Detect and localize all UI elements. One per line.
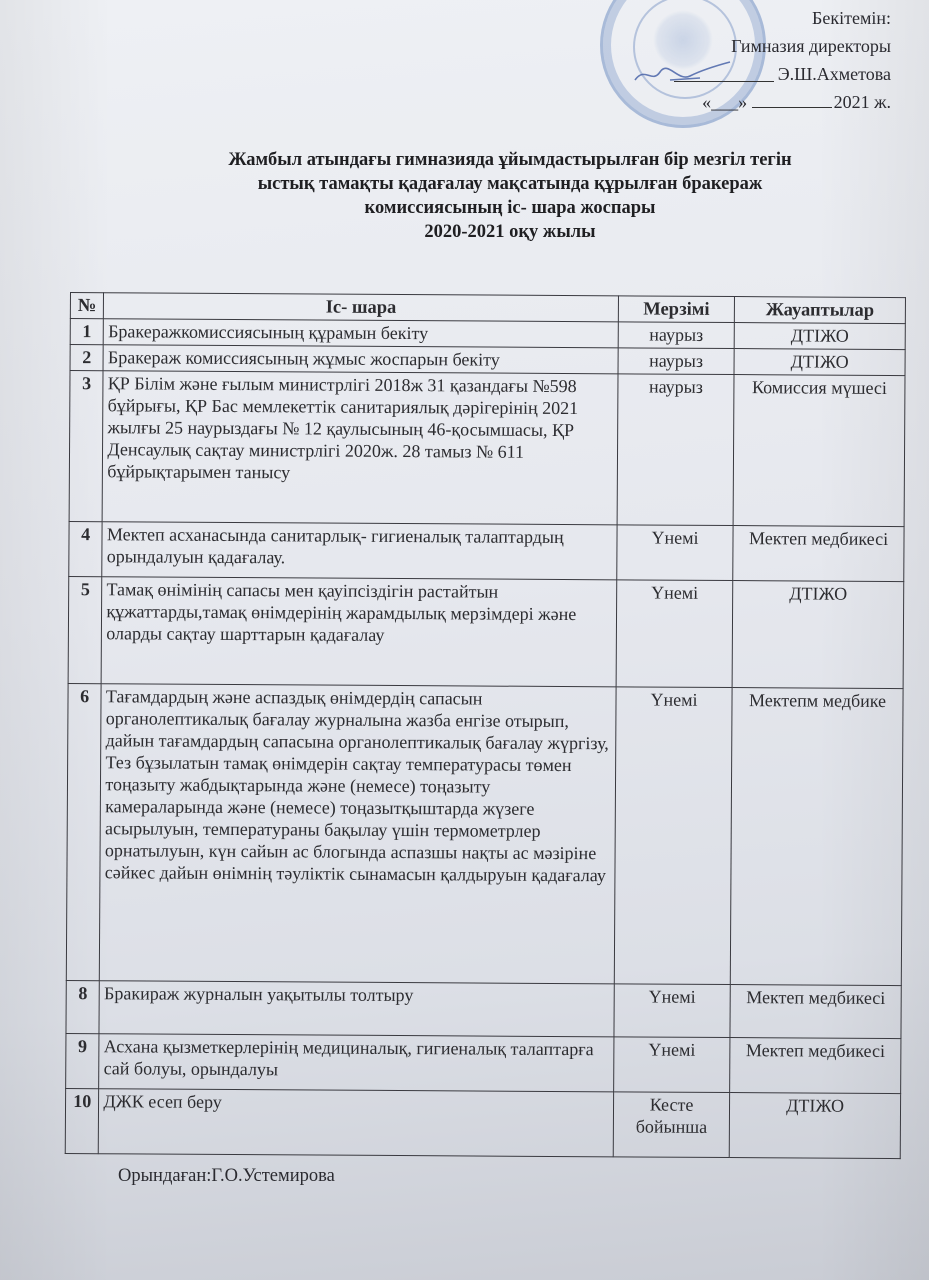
row-term: Үнемі — [617, 525, 734, 581]
title-line-4: 2020-2021 оқу жылы — [120, 220, 900, 244]
row-term: наурыз — [618, 348, 734, 375]
table-row: 9 Асхана қызметкерлерінің медициналық, г… — [66, 1033, 901, 1093]
row-responsible: Мектеп медбикесі — [730, 1038, 901, 1094]
table-row: 5 Тамақ өнімінің сапасы мен қауіпсіздігі… — [68, 576, 904, 688]
table-row: 10 ДЖК есеп беру Кесте бойынша ДТІЖО — [65, 1088, 900, 1158]
row-term: Үнемі — [614, 687, 732, 985]
row-num: 8 — [66, 980, 100, 1033]
header-responsible: Жауаптылар — [734, 297, 905, 324]
row-activity: Тамақ өнімінің сапасы мен қауіпсіздігін … — [101, 577, 616, 687]
row-activity: ДЖК есеп беру — [99, 1089, 614, 1157]
row-responsible: ДТІЖО — [729, 1093, 900, 1159]
title-line-2: ыстық тамақты қадағалау мақсатында құрыл… — [120, 172, 900, 196]
row-num: 5 — [68, 576, 102, 683]
document-title: Жамбыл атындағы гимназияда ұйымдастырылғ… — [120, 148, 900, 244]
approval-date-blank — [752, 107, 832, 108]
row-responsible: ДТІЖО — [734, 323, 905, 350]
table-row: 4 Мектеп асханасында санитарлық- гигиена… — [69, 521, 904, 581]
row-term: Үнемі — [614, 984, 731, 1038]
activity-plan-table: № Іс- шара Мерзімі Жауаптылар 1 Бракераж… — [65, 292, 906, 1159]
row-activity: Бракераж комиссиясының жұмыс жоспарын бе… — [103, 345, 618, 374]
approval-position: Гимназия директоры — [674, 32, 891, 60]
row-num: 2 — [70, 345, 104, 371]
row-num: 3 — [69, 371, 103, 522]
row-term: Кесте бойынша — [613, 1092, 730, 1158]
approval-name: Э.Ш.Ахметова — [778, 64, 891, 84]
row-num: 6 — [66, 683, 101, 980]
row-responsible: ДТІЖО — [732, 581, 904, 689]
row-num: 1 — [70, 319, 104, 345]
row-activity: Тағамдардың және аспаздық өнімдердің сап… — [100, 684, 616, 984]
signature-rule — [674, 81, 774, 82]
header-term: Мерзімі — [618, 296, 734, 323]
row-term: Үнемі — [616, 580, 733, 688]
row-responsible: Мектеп медбикесі — [730, 985, 901, 1039]
row-activity: ҚР Білім және ғылым министрлігі 2018ж 31… — [102, 371, 617, 525]
title-line-1: Жамбыл атындағы гимназияда ұйымдастырылғ… — [120, 148, 900, 172]
title-line-3: комиссиясының іс- шара жоспары — [120, 196, 900, 220]
table-row: 8 Бракираж журналын уақытылы толтыру Үне… — [66, 980, 901, 1038]
approval-name-line: Э.Ш.Ахметова — [674, 60, 891, 88]
row-responsible: Мектепм медбике — [730, 688, 903, 986]
row-activity: Бракираж журналын уақытылы толтыру — [99, 981, 614, 1037]
approval-label: Бекітемін: — [674, 4, 891, 32]
row-responsible: Мектеп медбикесі — [733, 526, 904, 582]
row-activity: Асхана қызметкерлерінің медициналық, гиг… — [99, 1034, 614, 1092]
header-activity: Іс- шара — [104, 293, 619, 322]
header-num: № — [70, 293, 104, 319]
row-activity: Бракеражкомиссиясының құрамын бекіту — [104, 319, 619, 348]
row-num: 4 — [69, 521, 103, 576]
row-num: 9 — [66, 1033, 100, 1088]
row-num: 10 — [65, 1088, 99, 1153]
row-responsible: ДТІЖО — [734, 349, 905, 376]
row-term: наурыз — [618, 322, 734, 349]
row-activity: Мектеп асханасында санитарлық- гигиеналы… — [102, 522, 617, 580]
executor-signature: Орындаған:Г.О.Устемирова — [118, 1166, 335, 1187]
approval-date-year: 2021 ж. — [834, 92, 891, 112]
row-term: Үнемі — [614, 1037, 731, 1093]
row-term: наурыз — [617, 374, 734, 526]
table-row: 3 ҚР Білім және ғылым министрлігі 2018ж … — [69, 371, 905, 527]
approval-date-line: «___» 2021 ж. — [674, 88, 891, 116]
row-responsible: Комиссия мүшесі — [733, 375, 905, 527]
table-row: 6 Тағамдардың және аспаздық өнімдердің с… — [66, 683, 903, 985]
approval-block: Бекітемін: Гимназия директоры Э.Ш.Ахмето… — [674, 4, 891, 116]
approval-date-day: «___» — [702, 88, 747, 116]
